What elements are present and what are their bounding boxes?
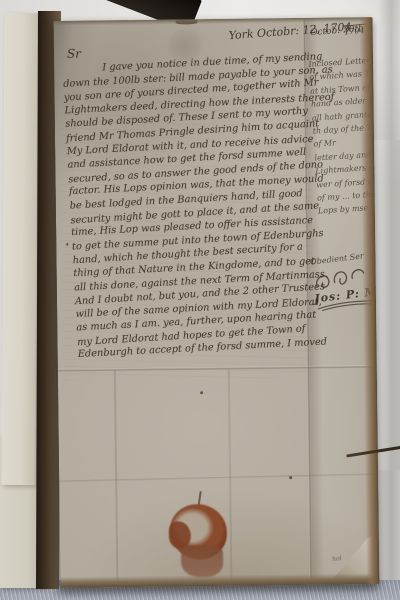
ink-speck <box>66 243 68 246</box>
letter-body: I gave you notice in due time, of my sen… <box>62 50 330 362</box>
manuscript-photo: York Octobr: 12, 1704 Sr I gave you noti… <box>0 0 400 600</box>
ink-speck <box>289 476 292 479</box>
corner-inscription: hol <box>332 555 342 563</box>
facing-page-edge <box>1 13 39 485</box>
vertical-fold-crease <box>114 370 119 586</box>
letter-salutation: Sr <box>67 48 81 60</box>
ink-speck <box>200 391 203 394</box>
manuscript-page: York Octobr: 12, 1704 Sr I gave you noti… <box>54 17 380 588</box>
wax-seal-remnant <box>165 499 236 582</box>
seal-stain <box>181 545 223 578</box>
